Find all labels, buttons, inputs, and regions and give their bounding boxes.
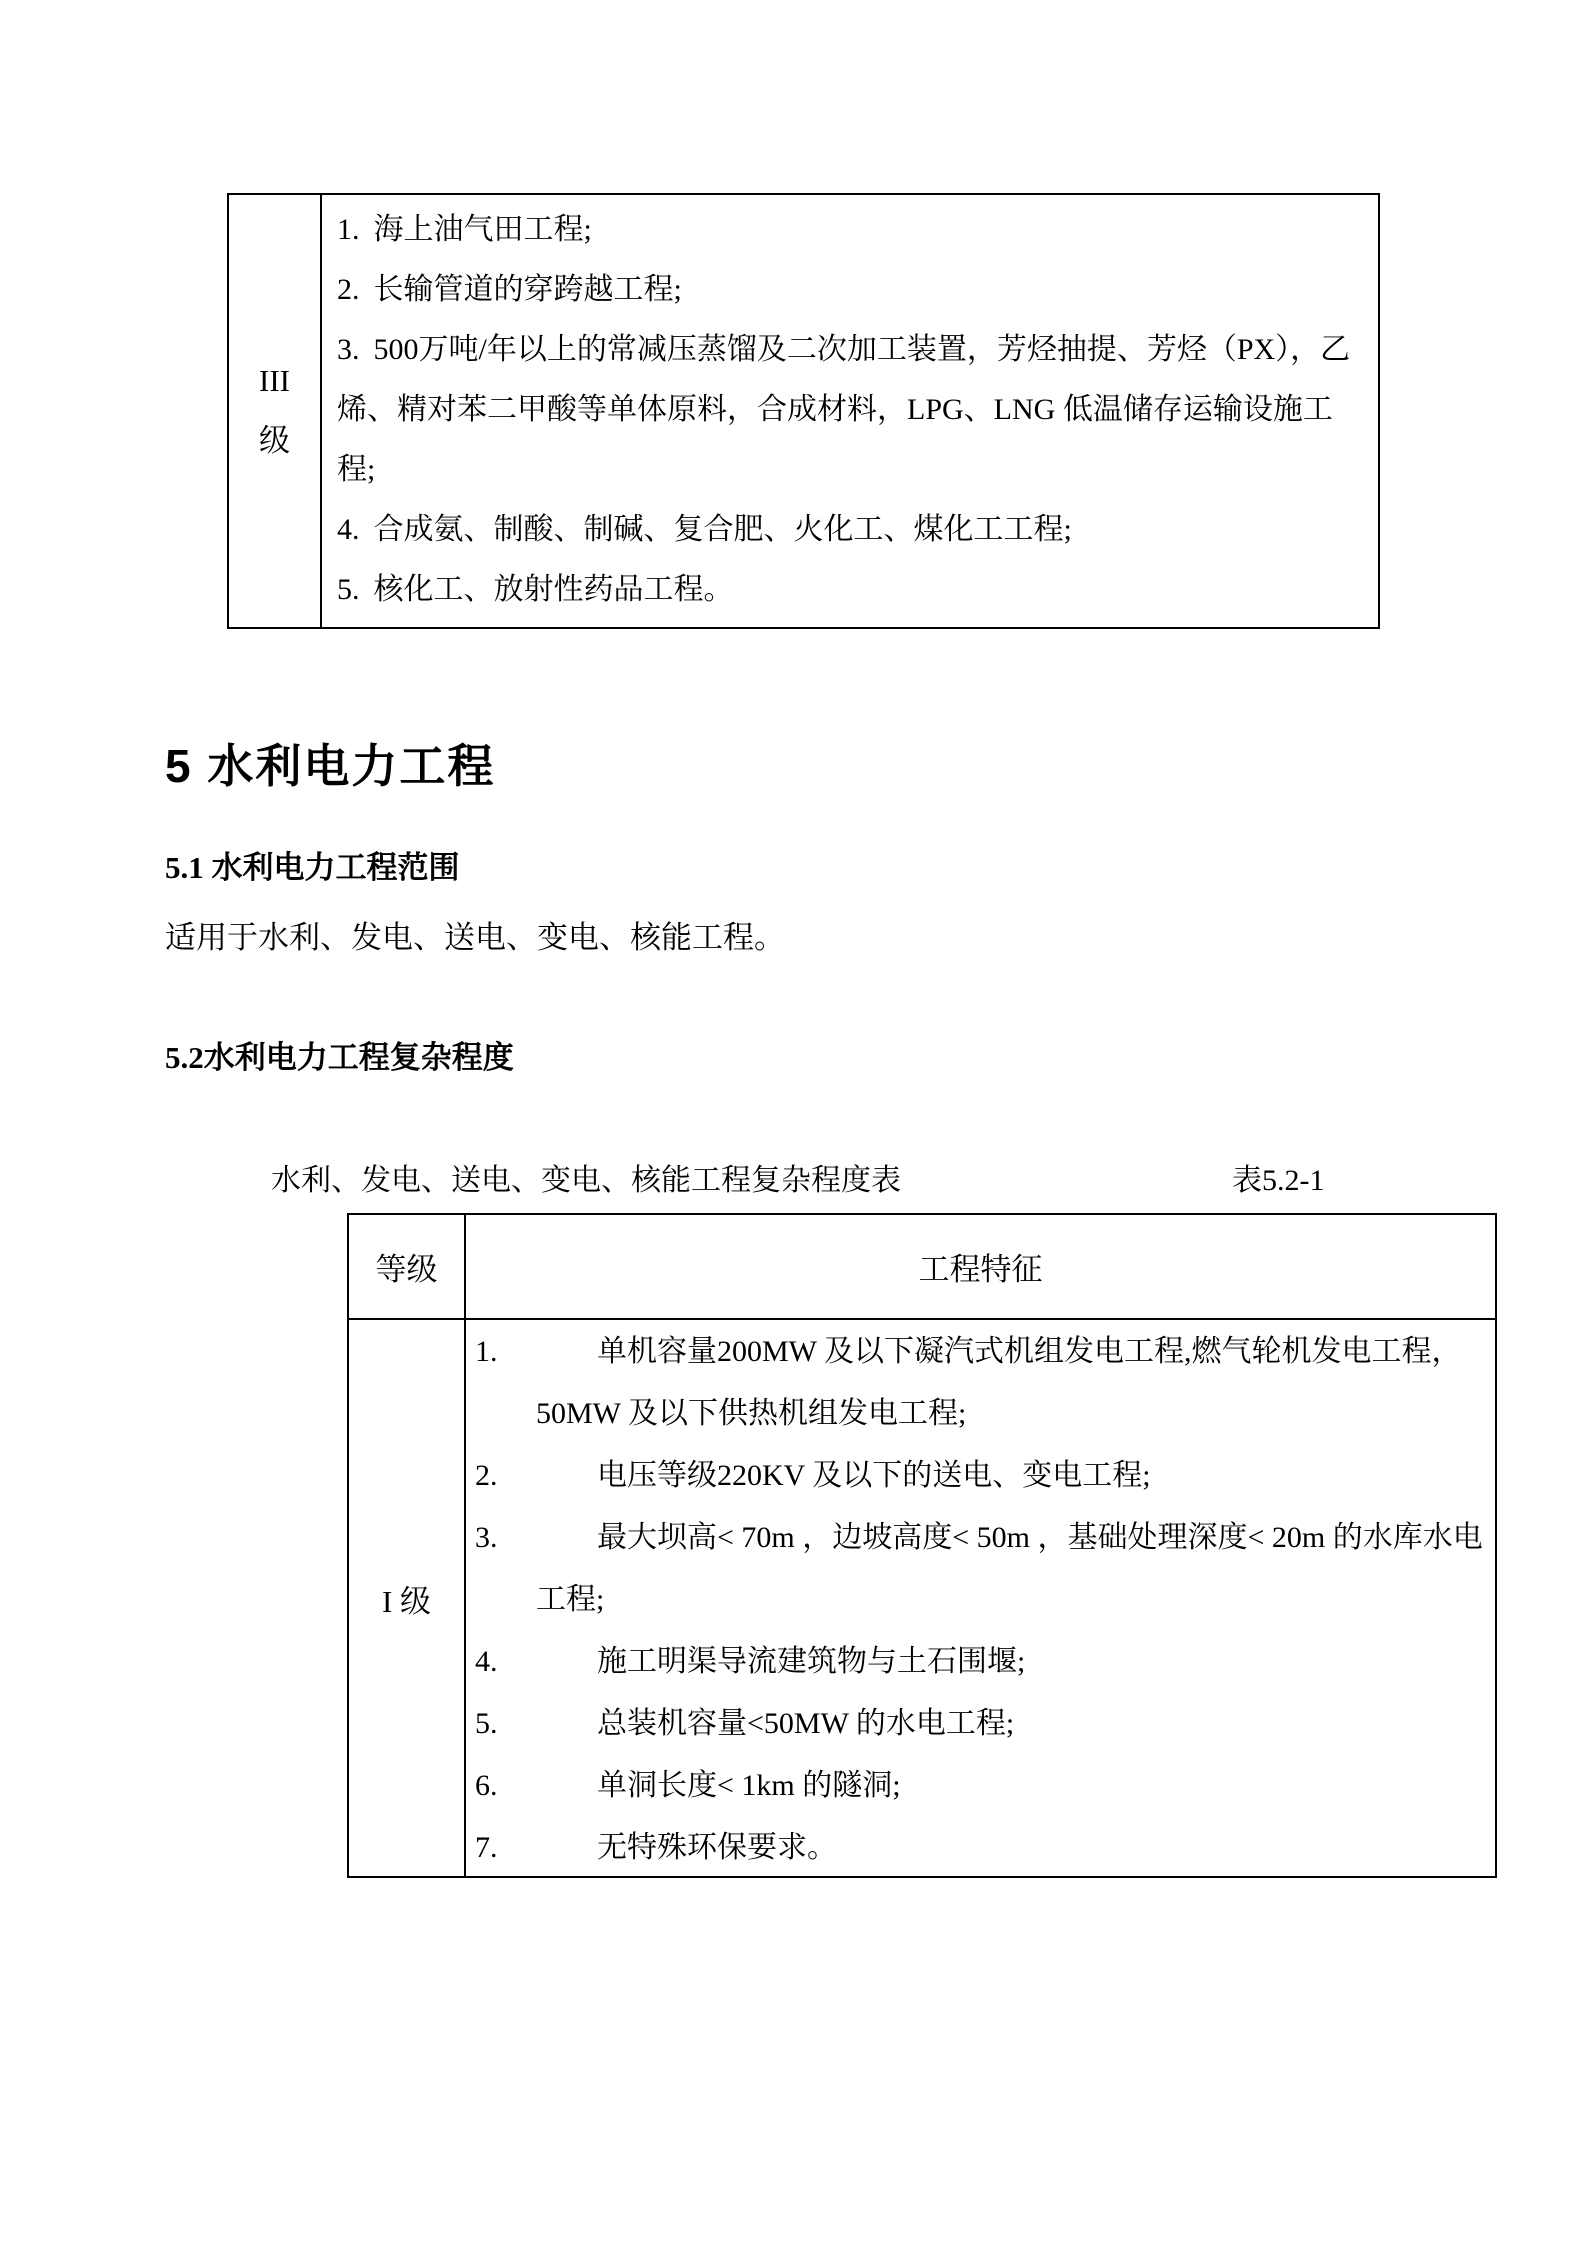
document-page: III 级 1.海上油气田工程; 2.长输管道的穿跨越工程; 3.500万吨/年… xyxy=(0,0,1587,2245)
item-number: 4. xyxy=(337,513,360,546)
grade-iii-label-line2: 级 xyxy=(259,411,290,471)
item-text: 海上油气田工程; xyxy=(374,213,592,246)
grade-iii-item-1: 1.海上油气田工程; xyxy=(337,200,1364,260)
item-text: 施工明渠导流建筑物与土石围堰; xyxy=(597,1645,1025,1678)
item-number: 2. xyxy=(475,1445,498,1507)
item-text: 核化工、放射性药品工程。 xyxy=(374,573,734,606)
item-text: 单机容量200MW 及以下凝汽式机组发电工程,燃气轮机发电工程， 50MW 及以… xyxy=(536,1335,1461,1430)
complexity-table-grade-iii: III 级 1.海上油气田工程; 2.长输管道的穿跨越工程; 3.500万吨/年… xyxy=(227,193,1380,629)
item-number: 7. xyxy=(475,1817,498,1876)
item-number: 4. xyxy=(475,1631,498,1693)
grade-iii-item-3: 3.500万吨/年以上的常减压蒸馏及二次加工装置，芳烃抽提、芳烃（PX），乙烯、… xyxy=(337,320,1364,500)
grade-i-feature-cell: 1.单机容量200MW 及以下凝汽式机组发电工程,燃气轮机发电工程， 50MW … xyxy=(466,1320,1495,1876)
table-caption: 水利、发电、送电、变电、核能工程复杂程度表 xyxy=(271,1162,901,1200)
item-text: 无特殊环保要求。 xyxy=(597,1831,837,1864)
grade-i-item-6: 6.单洞长度< 1km 的隧洞; xyxy=(475,1755,1489,1817)
column-header-level: 等级 xyxy=(349,1215,466,1318)
section-5-1-body: 适用于水利、发电、送电、变电、核能工程。 xyxy=(165,918,785,958)
item-number: 6. xyxy=(475,1755,498,1817)
column-header-feature: 工程特征 xyxy=(466,1215,1495,1318)
item-number: 3. xyxy=(337,333,360,366)
grade-iii-item-4: 4.合成氨、制酸、制碱、复合肥、火化工、煤化工工程; xyxy=(337,500,1364,560)
item-number: 1. xyxy=(475,1321,498,1383)
item-number: 1. xyxy=(337,213,360,246)
grade-iii-item-2: 2.长输管道的穿跨越工程; xyxy=(337,260,1364,320)
table-body-row: I 级 1.单机容量200MW 及以下凝汽式机组发电工程,燃气轮机发电工程， 5… xyxy=(349,1320,1495,1876)
item-text: 合成氨、制酸、制碱、复合肥、火化工、煤化工工程; xyxy=(374,513,1072,546)
item-number: 5. xyxy=(475,1693,498,1755)
grade-i-item-4: 4.施工明渠导流建筑物与土石围堰; xyxy=(475,1631,1489,1693)
item-text: 电压等级220KV 及以下的送电、变电工程; xyxy=(597,1459,1151,1492)
grade-iii-label-line1: III xyxy=(259,351,290,411)
grade-iii-feature-cell: 1.海上油气田工程; 2.长输管道的穿跨越工程; 3.500万吨/年以上的常减压… xyxy=(322,195,1378,627)
grade-i-level-cell: I 级 xyxy=(349,1320,466,1876)
section-heading: 5 水利电力工程 xyxy=(165,730,495,796)
item-text: 500万吨/年以上的常减压蒸馏及二次加工装置，芳烃抽提、芳烃（PX），乙烯、精对… xyxy=(337,333,1350,486)
item-text: 最大坝高< 70m ，边坡高度< 50m ，基础处理深度< 20m 的水库水电工… xyxy=(536,1521,1483,1616)
item-number: 3. xyxy=(475,1507,498,1569)
item-text: 总装机容量<50MW 的水电工程; xyxy=(597,1707,1014,1740)
grade-i-item-2: 2.电压等级220KV 及以下的送电、变电工程; xyxy=(475,1445,1489,1507)
section-5-1-title: 5.1 水利电力工程范围 xyxy=(165,848,460,888)
item-text: 长输管道的穿跨越工程; xyxy=(374,273,682,306)
grade-i-item-5: 5.总装机容量<50MW 的水电工程; xyxy=(475,1693,1489,1755)
item-number: 2. xyxy=(337,273,360,306)
section-5-2-title: 5.2水利电力工程复杂程度 xyxy=(165,1038,514,1078)
grade-iii-level-cell: III 级 xyxy=(229,195,322,627)
table-label: 表5.2-1 xyxy=(1232,1162,1325,1200)
complexity-table-5-2-1: 等级 工程特征 I 级 1.单机容量200MW 及以下凝汽式机组发电工程,燃气轮… xyxy=(347,1213,1497,1878)
grade-iii-item-5: 5.核化工、放射性药品工程。 xyxy=(337,560,1364,620)
item-number: 5. xyxy=(337,573,360,606)
grade-i-item-1: 1.单机容量200MW 及以下凝汽式机组发电工程,燃气轮机发电工程， 50MW … xyxy=(475,1321,1489,1445)
grade-i-item-7: 7.无特殊环保要求。 xyxy=(475,1817,1489,1876)
table-header-row: 等级 工程特征 xyxy=(349,1215,1495,1320)
grade-i-item-3: 3.最大坝高< 70m ，边坡高度< 50m ，基础处理深度< 20m 的水库水… xyxy=(475,1507,1489,1631)
item-text: 单洞长度< 1km 的隧洞; xyxy=(597,1769,901,1802)
